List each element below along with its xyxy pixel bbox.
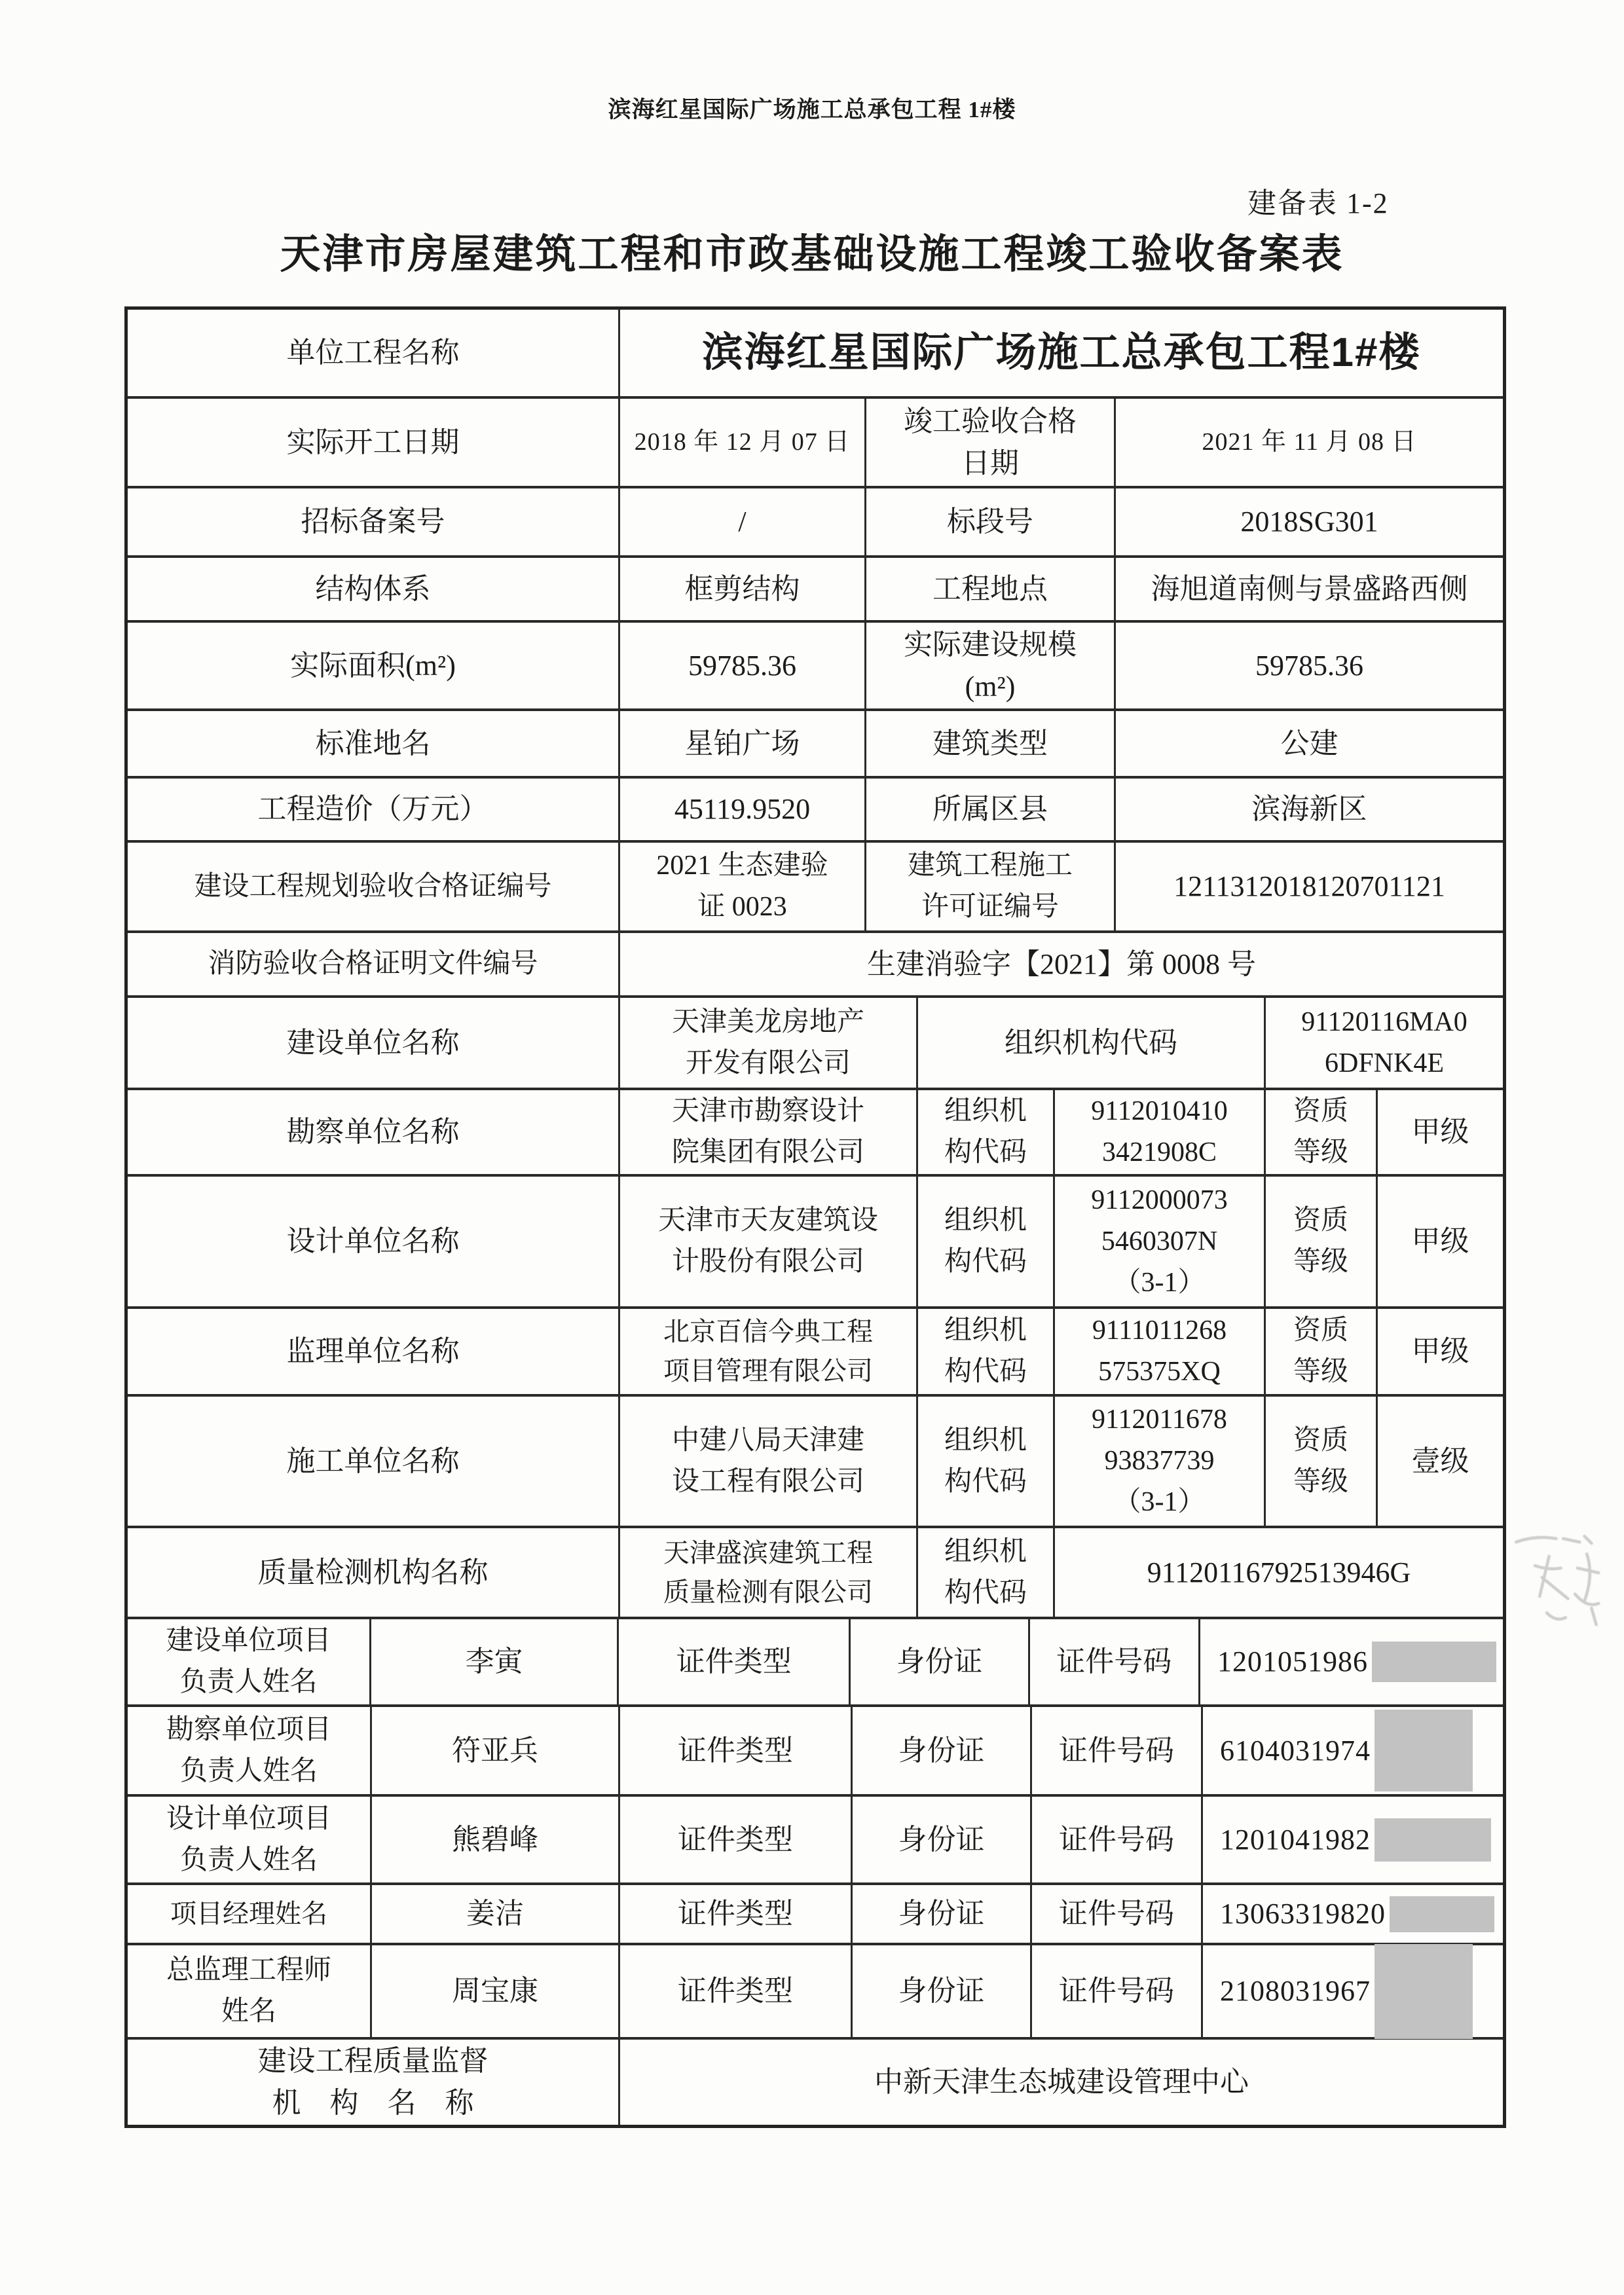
completion-date-value: 2021 年 11 月 08 日 <box>1116 399 1503 486</box>
row-planning-certificate: 建设工程规划验收合格证编号 2021 生态建验 证 0023 建筑工程施工 许可… <box>128 843 1503 933</box>
pm-cert-no-label: 证件号码 <box>1032 1885 1203 1943</box>
form-title: 天津市房屋建筑工程和市政基础设施工程竣工验收备案表 <box>0 221 1624 280</box>
standard-place-name-value: 星铂广场 <box>620 711 866 776</box>
contractor-unit-value: 中建八局天津建 设工程有限公司 <box>620 1397 918 1526</box>
design-project-leader-name: 熊碧峰 <box>372 1797 620 1882</box>
construction-owner-value: 天津美龙房地产 开发有限公司 <box>620 998 918 1088</box>
row-owner-project-leader: 建设单位项目 负责人姓名 李寅 证件类型 身份证 证件号码 1201051986 <box>128 1619 1503 1707</box>
bid-section-label: 标段号 <box>866 488 1116 555</box>
design-cert-no-digits: 1201041982 <box>1220 1819 1371 1861</box>
owner-cert-type-value: 身份证 <box>851 1619 1029 1704</box>
quality-inspection-org-value: 天津盛滨建筑工程 质量检测有限公司 <box>620 1528 918 1617</box>
start-date-label: 实际开工日期 <box>128 399 620 486</box>
survey-cert-type-label: 证件类型 <box>620 1707 853 1794</box>
row-actual-area: 实际面积(m²) 59785.36 实际建设规模 (m²) 59785.36 <box>128 623 1503 711</box>
project-manager-label: 项目经理姓名 <box>128 1885 372 1943</box>
quality-inspection-org-label: 质量检测机构名称 <box>128 1528 620 1617</box>
survey-unit-label: 勘察单位名称 <box>128 1090 620 1174</box>
actual-area-value: 59785.36 <box>620 623 866 708</box>
owner-project-leader-name: 李寅 <box>371 1619 619 1704</box>
running-header: 滨海红星国际广场施工总承包工程 1#楼 <box>0 92 1624 124</box>
quality-supervision-org-value: 中新天津生态城建设管理中心 <box>620 2040 1503 2125</box>
row-survey-unit: 勘察单位名称 天津市勘察设计 院集团有限公司 组织机 构代码 911201041… <box>128 1090 1503 1177</box>
chief-supervision-engineer-label: 总监理工程师 姓名 <box>128 1945 372 2037</box>
filing-table: 单位工程名称 滨海红星国际广场施工总承包工程1#楼 实际开工日期 2018 年 … <box>124 306 1506 2128</box>
org-code-label: 组织机构代码 <box>918 998 1266 1088</box>
row-construction-owner: 建设单位名称 天津美龙房地产 开发有限公司 组织机构代码 91120116MA0… <box>128 998 1503 1090</box>
design-org-code-label: 组织机 构代码 <box>918 1177 1055 1306</box>
design-cert-no-value: 1201041982 <box>1203 1797 1503 1882</box>
project-manager-name: 姜洁 <box>372 1885 620 1943</box>
construction-owner-label: 建设单位名称 <box>128 998 620 1088</box>
row-unit-project-name: 单位工程名称 滨海红星国际广场施工总承包工程1#楼 <box>128 310 1503 399</box>
owner-cert-type-label: 证件类型 <box>619 1619 851 1704</box>
survey-cert-no-label: 证件号码 <box>1032 1707 1203 1794</box>
planning-certificate-label: 建设工程规划验收合格证编号 <box>128 843 620 930</box>
unit-project-name-value: 滨海红星国际广场施工总承包工程1#楼 <box>620 310 1503 396</box>
row-project-manager: 项目经理姓名 姜洁 证件类型 身份证 证件号码 13063319820 <box>128 1885 1503 1945</box>
design-org-code-value: 9112000073 5460307N （3-1） <box>1055 1177 1266 1306</box>
pm-cert-type-label: 证件类型 <box>620 1885 853 1943</box>
row-structure-system: 结构体系 框剪结构 工程地点 海旭道南侧与景盛路西侧 <box>128 558 1503 623</box>
supervision-unit-value: 北京百信今典工程 项目管理有限公司 <box>620 1309 918 1394</box>
contractor-qualification-value: 壹级 <box>1378 1397 1503 1526</box>
supervision-org-code-label: 组织机 构代码 <box>918 1309 1055 1394</box>
project-cost-value: 45119.9520 <box>620 779 866 840</box>
design-project-leader-label: 设计单位项目 负责人姓名 <box>128 1797 372 1882</box>
supervision-qualification-value: 甲级 <box>1378 1309 1503 1394</box>
cse-cert-no-digits: 2108031967 <box>1220 1970 1371 2012</box>
design-qualification-label: 资质 等级 <box>1266 1177 1378 1306</box>
fire-acceptance-value: 生建消验字【2021】第 0008 号 <box>620 933 1503 995</box>
survey-qualification-value: 甲级 <box>1378 1090 1503 1174</box>
building-type-label: 建筑类型 <box>866 711 1116 776</box>
district-label: 所属区县 <box>866 779 1116 840</box>
row-bid-record: 招标备案号 / 标段号 2018SG301 <box>128 488 1503 558</box>
cse-cert-type-value: 身份证 <box>853 1945 1032 2037</box>
completion-date-label: 竣工验收合格 日期 <box>866 399 1116 486</box>
actual-scale-label: 实际建设规模 (m²) <box>866 623 1116 708</box>
district-value: 滨海新区 <box>1116 779 1503 840</box>
survey-qualification-label: 资质 等级 <box>1266 1090 1378 1174</box>
row-chief-supervision-engineer: 总监理工程师 姓名 周宝康 证件类型 身份证 证件号码 2108031967 <box>128 1945 1503 2040</box>
scan-artifact <box>1500 1526 1617 1643</box>
survey-project-leader-name: 符亚兵 <box>372 1707 620 1794</box>
contractor-qualification-label: 资质 等级 <box>1266 1397 1378 1526</box>
survey-cert-type-value: 身份证 <box>853 1707 1032 1794</box>
contractor-org-code-value: 9112011678 93837739 （3-1） <box>1055 1397 1266 1526</box>
contractor-unit-label: 施工单位名称 <box>128 1397 620 1526</box>
design-cert-type-value: 身份证 <box>853 1797 1032 1882</box>
actual-area-label: 实际面积(m²) <box>128 623 620 708</box>
pm-cert-type-value: 身份证 <box>853 1885 1032 1943</box>
chief-supervision-engineer-name: 周宝康 <box>372 1945 620 2037</box>
contractor-org-code-label: 组织机 构代码 <box>918 1397 1055 1526</box>
scanned-page: 滨海红星国际广场施工总承包工程 1#楼 建备表 1-2 天津市房屋建筑工程和市政… <box>0 0 1624 2295</box>
design-unit-value: 天津市天友建筑设 计股份有限公司 <box>620 1177 918 1306</box>
project-cost-label: 工程造价（万元） <box>128 779 620 840</box>
cse-cert-no-value: 2108031967 <box>1203 1945 1503 2037</box>
survey-project-leader-label: 勘察单位项目 负责人姓名 <box>128 1707 372 1794</box>
project-location-label: 工程地点 <box>866 558 1116 620</box>
row-fire-acceptance: 消防验收合格证明文件编号 生建消验字【2021】第 0008 号 <box>128 933 1503 998</box>
cse-cert-no-label: 证件号码 <box>1032 1945 1203 2037</box>
redaction-block <box>1375 1944 1473 2039</box>
form-code-label: 建备表 1-2 <box>1247 179 1389 221</box>
design-cert-type-label: 证件类型 <box>620 1797 853 1882</box>
row-contractor-unit: 施工单位名称 中建八局天津建 设工程有限公司 组织机 构代码 911201167… <box>128 1397 1503 1528</box>
survey-org-code-value: 9112010410 3421908C <box>1055 1090 1266 1174</box>
row-design-unit: 设计单位名称 天津市天友建筑设 计股份有限公司 组织机 构代码 91120000… <box>128 1177 1503 1309</box>
survey-org-code-label: 组织机 构代码 <box>918 1090 1055 1174</box>
planning-certificate-value: 2021 生态建验 证 0023 <box>620 843 866 930</box>
structure-system-value: 框剪结构 <box>620 558 866 620</box>
building-type-value: 公建 <box>1116 711 1503 776</box>
pm-cert-no-digits: 13063319820 <box>1220 1893 1386 1935</box>
redaction-block <box>1390 1896 1494 1932</box>
bid-section-value: 2018SG301 <box>1116 488 1503 555</box>
fire-acceptance-label: 消防验收合格证明文件编号 <box>128 933 620 995</box>
redaction-block <box>1372 1642 1496 1682</box>
construction-permit-label: 建筑工程施工 许可证编号 <box>866 843 1116 930</box>
unit-project-name-label: 单位工程名称 <box>128 310 620 396</box>
quality-supervision-org-label: 建设工程质量监督 机 构 名 称 <box>128 2040 620 2125</box>
supervision-qualification-label: 资质 等级 <box>1266 1309 1378 1394</box>
standard-place-name-label: 标准地名 <box>128 711 620 776</box>
row-design-project-leader: 设计单位项目 负责人姓名 熊碧峰 证件类型 身份证 证件号码 120104198… <box>128 1797 1503 1885</box>
row-supervision-unit: 监理单位名称 北京百信今典工程 项目管理有限公司 组织机 构代码 9111011… <box>128 1309 1503 1397</box>
supervision-org-code-value: 9111011268 575375XQ <box>1055 1309 1266 1394</box>
quality-org-code-value: 91120116792513946G <box>1055 1528 1503 1617</box>
design-unit-label: 设计单位名称 <box>128 1177 620 1306</box>
bid-record-value: / <box>620 488 866 555</box>
start-date-value: 2018 年 12 月 07 日 <box>620 399 866 486</box>
design-qualification-value: 甲级 <box>1378 1177 1503 1306</box>
pm-cert-no-value: 13063319820 <box>1203 1885 1503 1943</box>
redaction-block <box>1375 1818 1491 1862</box>
design-cert-no-label: 证件号码 <box>1032 1797 1203 1882</box>
row-quality-supervision-org: 建设工程质量监督 机 构 名 称 中新天津生态城建设管理中心 <box>128 2040 1503 2125</box>
row-project-cost: 工程造价（万元） 45119.9520 所属区县 滨海新区 <box>128 779 1503 843</box>
owner-cert-no-digits: 1201051986 <box>1217 1641 1368 1683</box>
redaction-block <box>1375 1710 1473 1791</box>
cse-cert-type-label: 证件类型 <box>620 1945 853 2037</box>
construction-permit-value: 1211312018120701121 <box>1116 843 1503 930</box>
org-code-value: 91120116MA0 6DFNK4E <box>1266 998 1503 1088</box>
supervision-unit-label: 监理单位名称 <box>128 1309 620 1394</box>
actual-scale-value: 59785.36 <box>1116 623 1503 708</box>
quality-org-code-label: 组织机 构代码 <box>918 1528 1055 1617</box>
survey-cert-no-digits: 6104031974 <box>1220 1730 1371 1772</box>
row-start-date: 实际开工日期 2018 年 12 月 07 日 竣工验收合格 日期 2021 年… <box>128 399 1503 488</box>
bid-record-label: 招标备案号 <box>128 488 620 555</box>
structure-system-label: 结构体系 <box>128 558 620 620</box>
survey-unit-value: 天津市勘察设计 院集团有限公司 <box>620 1090 918 1174</box>
owner-cert-no-value: 1201051986 <box>1200 1619 1503 1704</box>
owner-project-leader-label: 建设单位项目 负责人姓名 <box>128 1619 371 1704</box>
row-survey-project-leader: 勘察单位项目 负责人姓名 符亚兵 证件类型 身份证 证件号码 610403197… <box>128 1707 1503 1797</box>
row-standard-place-name: 标准地名 星铂广场 建筑类型 公建 <box>128 711 1503 779</box>
owner-cert-no-label: 证件号码 <box>1030 1619 1200 1704</box>
row-quality-inspection-org: 质量检测机构名称 天津盛滨建筑工程 质量检测有限公司 组织机 构代码 91120… <box>128 1528 1503 1619</box>
survey-cert-no-value: 6104031974 <box>1203 1707 1503 1794</box>
project-location-value: 海旭道南侧与景盛路西侧 <box>1116 558 1503 620</box>
